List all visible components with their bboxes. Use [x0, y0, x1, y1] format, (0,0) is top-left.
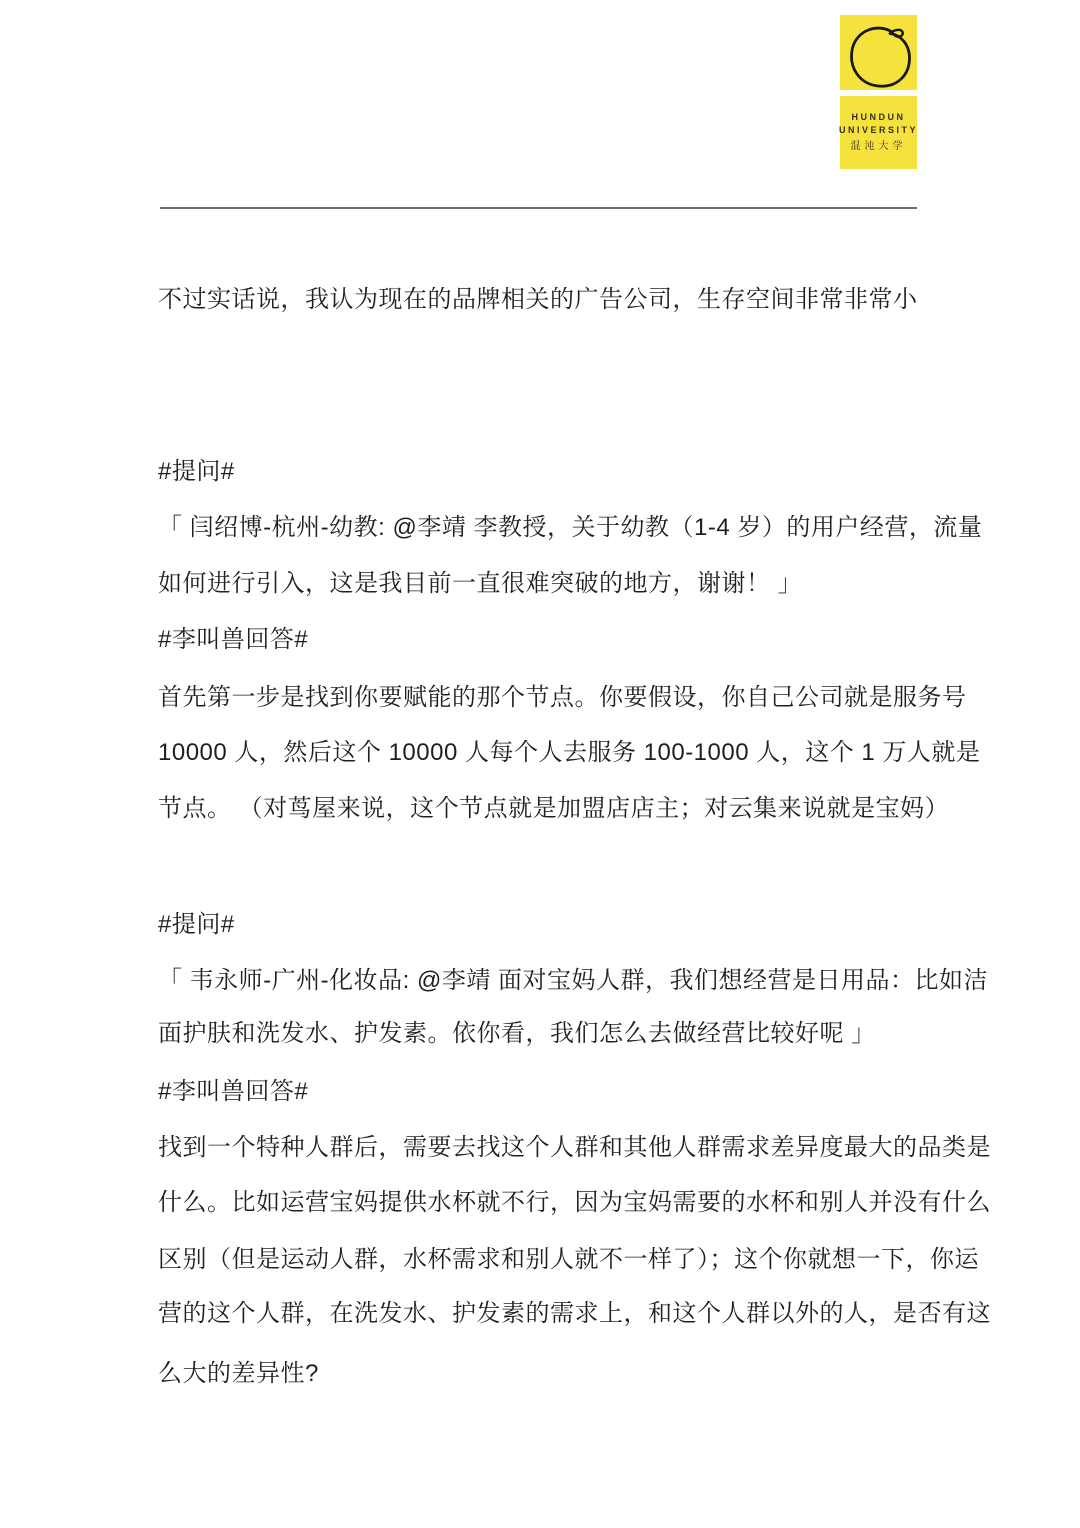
- answer-line: 10000 人，然后这个 10000 人每个人去服务 100-1000 人，这个…: [158, 721, 948, 777]
- question-line: 「 韦永师-广州-化妆品: @李靖 面对宝妈人群，我们想经营是日用品：比如洁: [158, 949, 948, 1005]
- answer-line: 节点。 （对茑屋来说，这个节点就是加盟店店主；对云集来说就是宝妈）: [158, 777, 948, 833]
- document-page: HUNDUN UNIVERSITY 混沌大学 不过实话说，我认为现在的品牌相关的…: [0, 0, 1080, 1528]
- logo-text-hundun: HUNDUN: [852, 111, 906, 124]
- answer-line: 找到一个特种人群后，需要去找这个人群和其他人群需求差异度最大的品类是: [158, 1116, 948, 1172]
- question-line: 如何进行引入，这是我目前一直很难突破的地方，谢谢！ 」: [158, 552, 948, 608]
- question-line: 面护肤和洗发水、护发素。依你看，我们怎么去做经营比较好呢 」: [158, 1002, 948, 1058]
- answer-tag: #李叫兽回答#: [158, 608, 948, 664]
- question-tag: #提问#: [158, 440, 948, 496]
- answer-line: 么大的差异性?: [158, 1342, 948, 1398]
- answer-tag: #李叫兽回答#: [158, 1060, 948, 1116]
- answer-line: 首先第一步是找到你要赋能的那个节点。你要假设，你自己公司就是服务号: [158, 666, 948, 722]
- hand-drawn-circle-icon: [840, 15, 917, 90]
- header-divider: [160, 207, 917, 209]
- hundun-university-logo: HUNDUN UNIVERSITY 混沌大学: [840, 15, 917, 169]
- logo-text-university: UNIVERSITY: [839, 124, 918, 137]
- logo-text-box: HUNDUN UNIVERSITY 混沌大学: [840, 96, 917, 169]
- question-tag: #提问#: [158, 893, 948, 949]
- answer-line: 区别（但是运动人群，水杯需求和别人就不一样了）；这个你就想一下，你运: [158, 1228, 948, 1284]
- question-line: 「 闫绍博-杭州-幼教: @李靖 李教授，关于幼教（1-4 岁）的用户经营，流量: [158, 496, 948, 552]
- logo-text-chinese: 混沌大学: [851, 139, 907, 154]
- intro-paragraph: 不过实话说，我认为现在的品牌相关的广告公司，生存空间非常非常小: [158, 268, 948, 324]
- answer-line: 什么。比如运营宝妈提供水杯就不行，因为宝妈需要的水杯和别人并没有什么: [158, 1171, 948, 1227]
- answer-line: 营的这个人群，在洗发水、护发素的需求上，和这个人群以外的人，是否有这: [158, 1282, 948, 1338]
